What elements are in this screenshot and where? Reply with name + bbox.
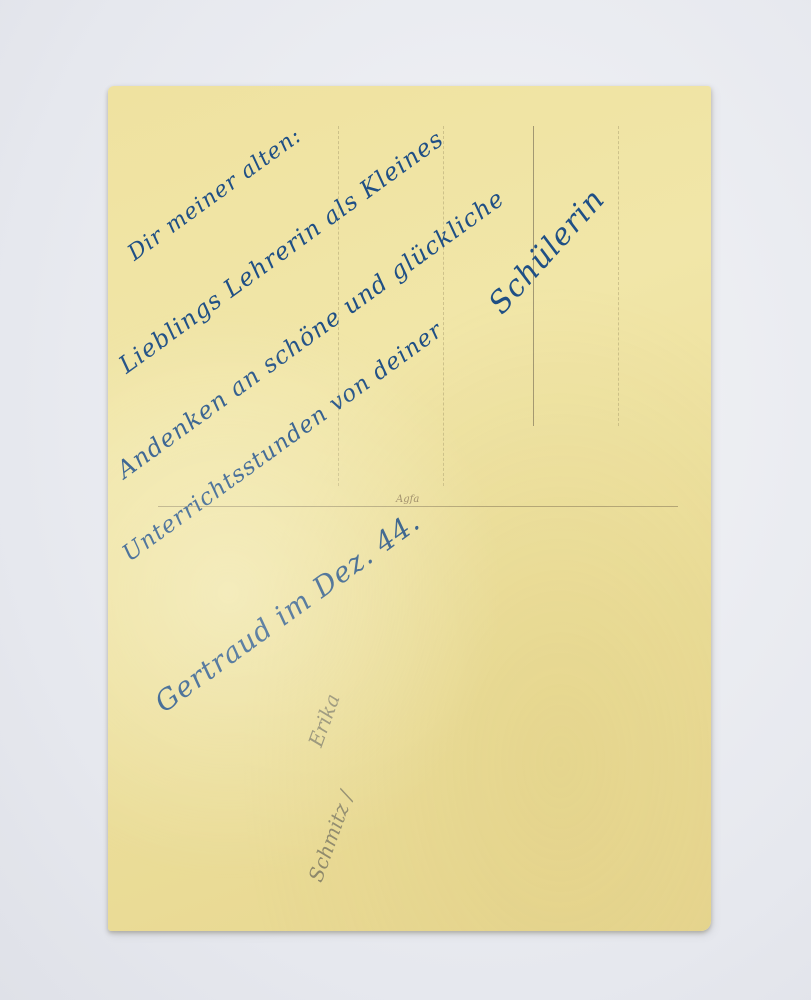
postcard: Agfa Dir meiner alten: Lieblings Lehreri… [108,86,711,931]
inscription-line: Unterrichtsstunden von deiner [118,317,448,567]
pencil-note: Schmitz / [303,788,358,885]
guide-line [443,126,444,486]
stamp-divider-line [533,126,534,426]
signature: Schülerin [482,182,612,321]
inscription-line: Lieblings Lehrerin als Kleines [114,125,449,379]
divider-line [158,506,678,507]
pencil-note: Erika [303,690,344,750]
inscription-line: Dir meiner alten: [123,123,306,266]
guide-line [618,126,619,426]
guide-line [338,126,339,486]
inscription-line: Gertraud im Dez. 44. [149,505,426,719]
inscription-line: Andenken an schöne und glückliche [112,184,510,484]
printed-brand: Agfa [396,494,419,505]
